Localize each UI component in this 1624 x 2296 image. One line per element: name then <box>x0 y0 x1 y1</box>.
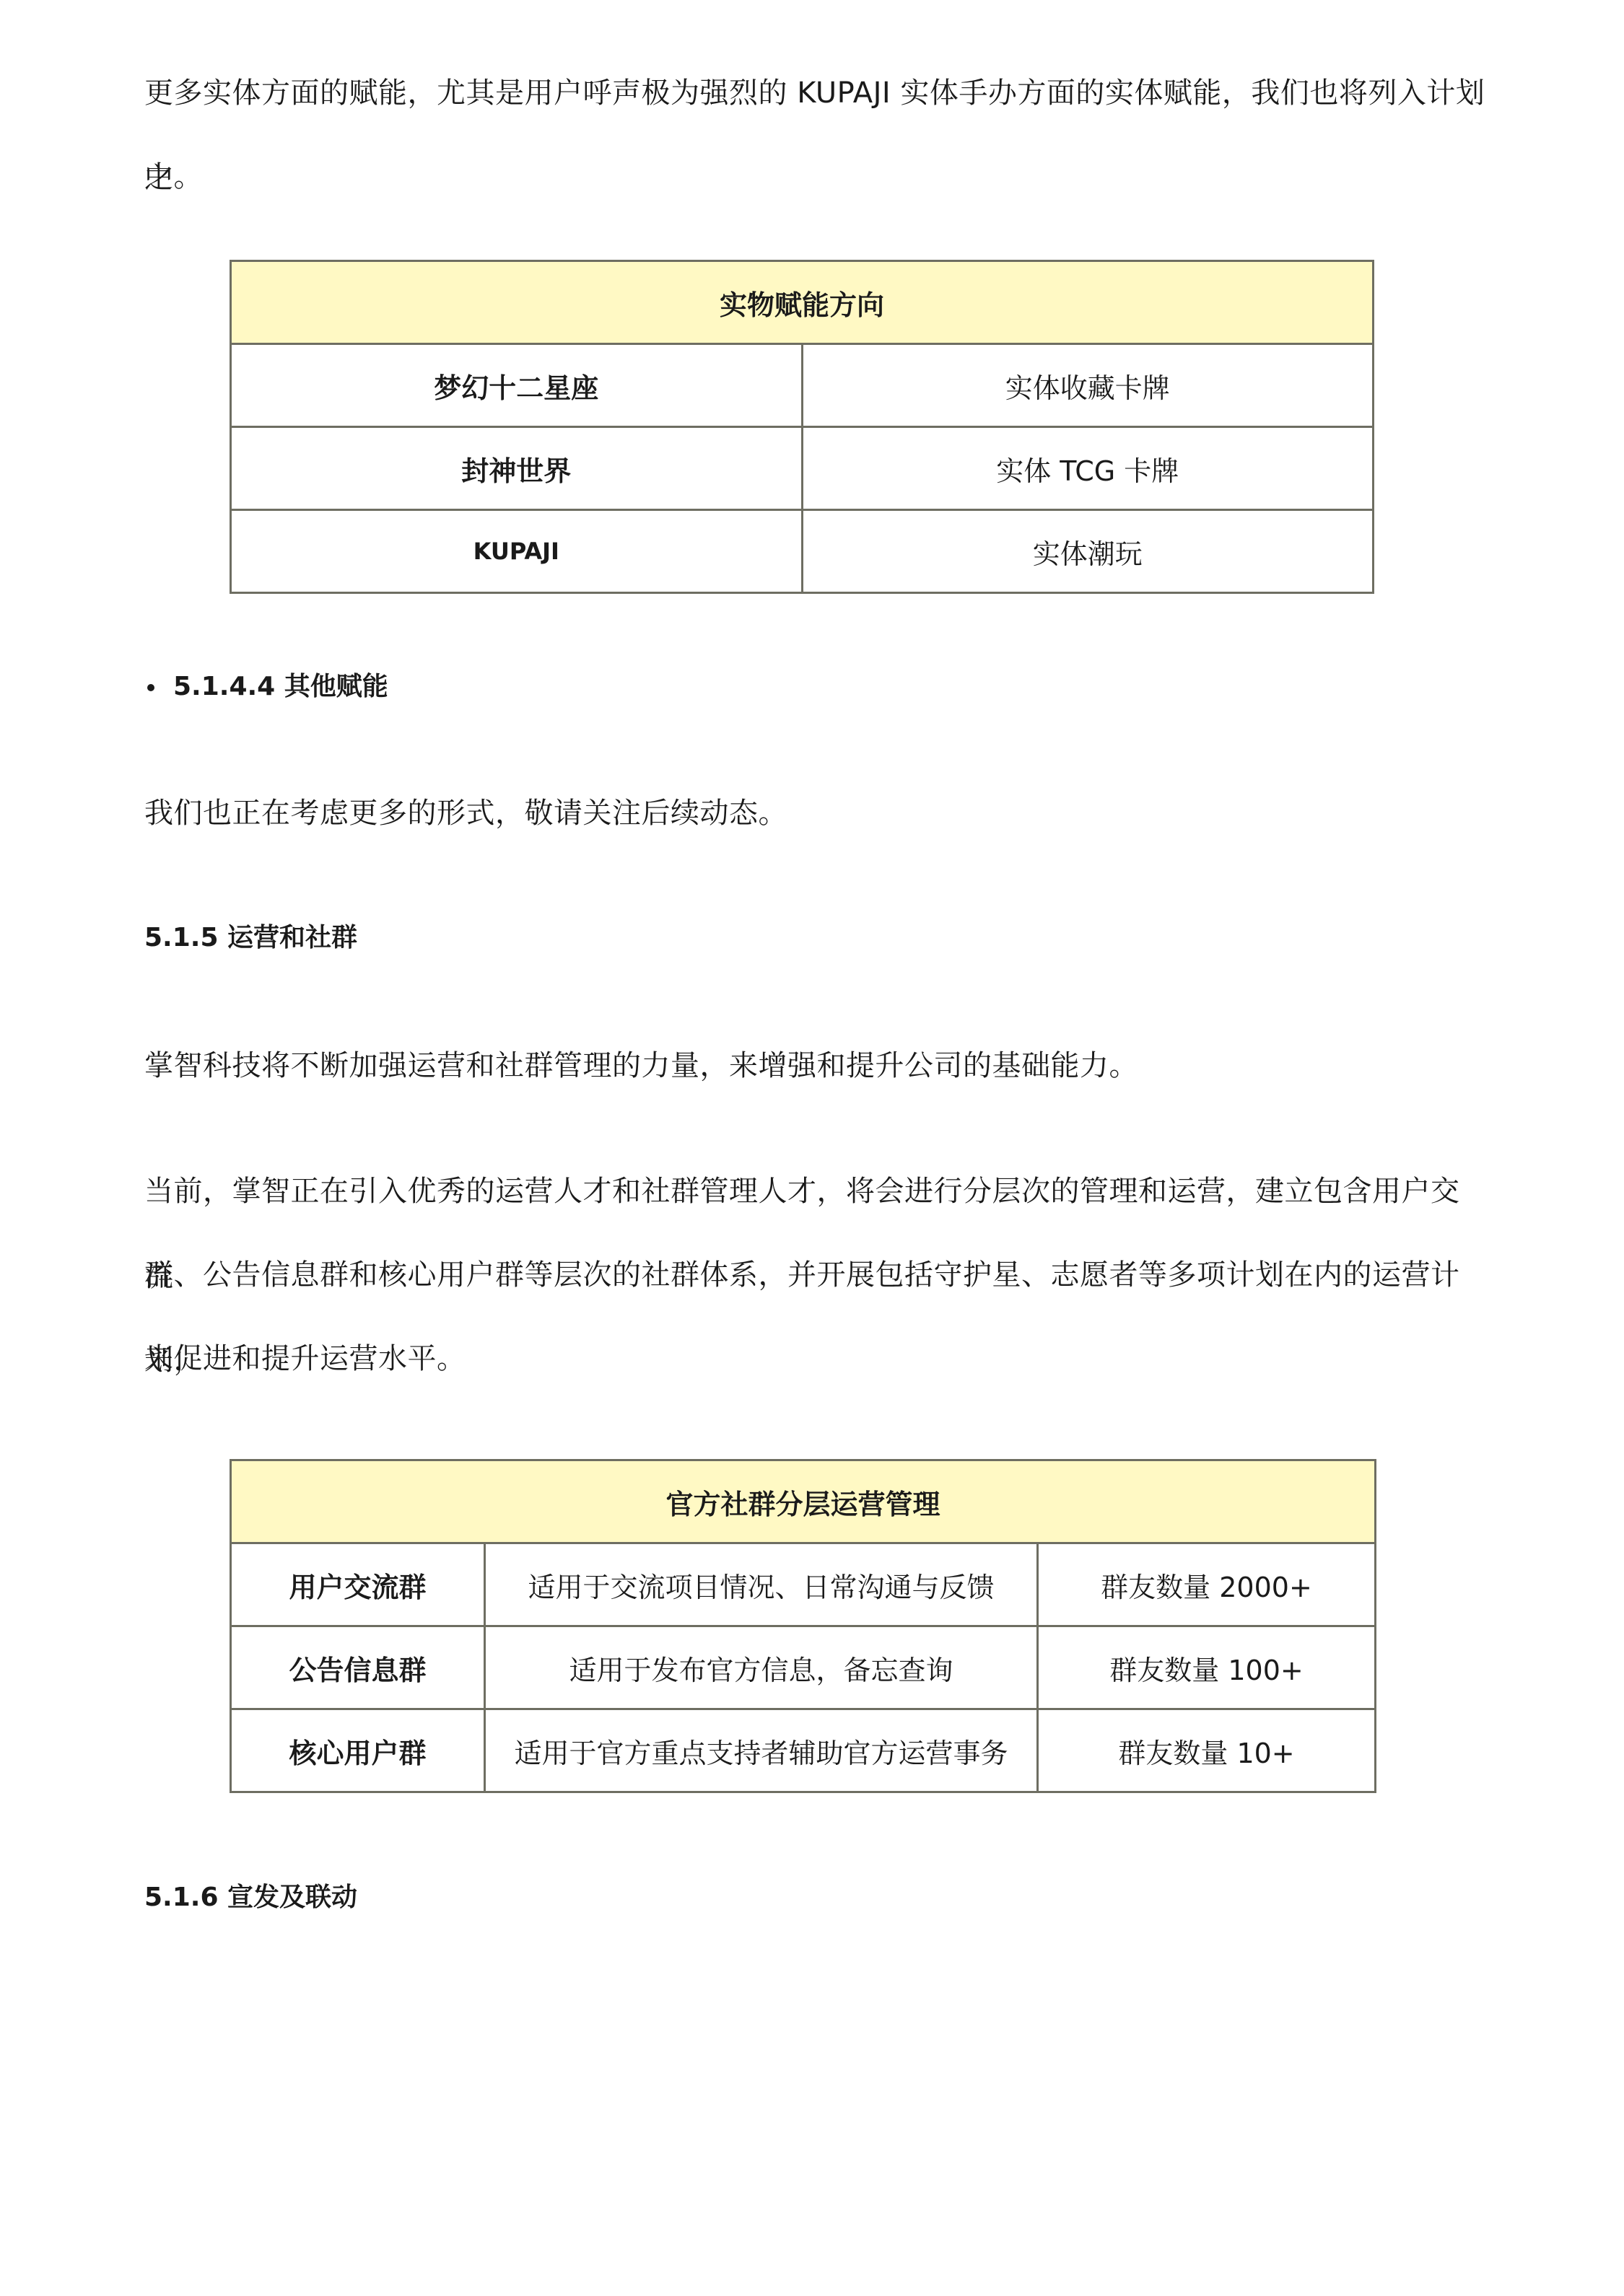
table-title: 官方社群分层运营管理 <box>231 1460 1376 1543</box>
heading-text: 5.1.4.4 其他赋能 <box>173 672 388 701</box>
group-size: 群友数量 100+ <box>1038 1626 1376 1709</box>
table-row: 封神世界 实体 TCG 卡牌 <box>231 427 1374 510</box>
group-name: 公告信息群 <box>231 1626 485 1709</box>
row-name: 封神世界 <box>231 427 803 510</box>
group-purpose: 适用于发布官方信息，备忘查询 <box>485 1626 1038 1709</box>
ops-detail-line3: 来促进和提升运营水平。 <box>144 1316 1487 1401</box>
heading-5-1-6: 5.1.6 宣发及联动 <box>144 1876 357 1919</box>
table-row: 梦幻十二星座 实体收藏卡牌 <box>231 344 1374 427</box>
other-empowerment-paragraph: 我们也正在考虑更多的形式，敬请关注后续动态。 <box>144 771 1487 856</box>
bullet-icon <box>147 684 154 691</box>
table-row: 公告信息群 适用于发布官方信息，备忘查询 群友数量 100+ <box>231 1626 1376 1709</box>
group-name: 用户交流群 <box>231 1543 485 1626</box>
group-size: 群友数量 2000+ <box>1038 1543 1376 1626</box>
table-row: 用户交流群 适用于交流项目情况、日常沟通与反馈 群友数量 2000+ <box>231 1543 1376 1626</box>
heading-5-1-4-4: 5.1.4.4 其他赋能 <box>144 665 388 709</box>
row-name: 梦幻十二星座 <box>231 344 803 427</box>
table-title: 实物赋能方向 <box>231 261 1374 344</box>
table-row: KUPAJI 实体潮玩 <box>231 510 1374 593</box>
physical-empowerment-table: 实物赋能方向 梦幻十二星座 实体收藏卡牌 封神世界 实体 TCG 卡牌 KUPA… <box>230 260 1374 594</box>
row-name: KUPAJI <box>231 510 803 593</box>
group-name: 核心用户群 <box>231 1709 485 1792</box>
row-value: 实体 TCG 卡牌 <box>802 427 1374 510</box>
community-management-table: 官方社群分层运营管理 用户交流群 适用于交流项目情况、日常沟通与反馈 群友数量 … <box>230 1459 1376 1793</box>
row-value: 实体收藏卡牌 <box>802 344 1374 427</box>
heading-5-1-5: 5.1.5 运营和社群 <box>144 916 357 960</box>
group-purpose: 适用于交流项目情况、日常沟通与反馈 <box>485 1543 1038 1626</box>
group-size: 群友数量 10+ <box>1038 1709 1376 1792</box>
row-value: 实体潮玩 <box>802 510 1374 593</box>
group-purpose: 适用于官方重点支持者辅助官方运营事务 <box>485 1709 1038 1792</box>
ops-intro-paragraph: 掌智科技将不断加强运营和社群管理的力量，来增强和提升公司的基础能力。 <box>144 1023 1487 1108</box>
intro-paragraph-line2: 中。 <box>144 134 1487 219</box>
table-row: 核心用户群 适用于官方重点支持者辅助官方运营事务 群友数量 10+ <box>231 1709 1376 1792</box>
